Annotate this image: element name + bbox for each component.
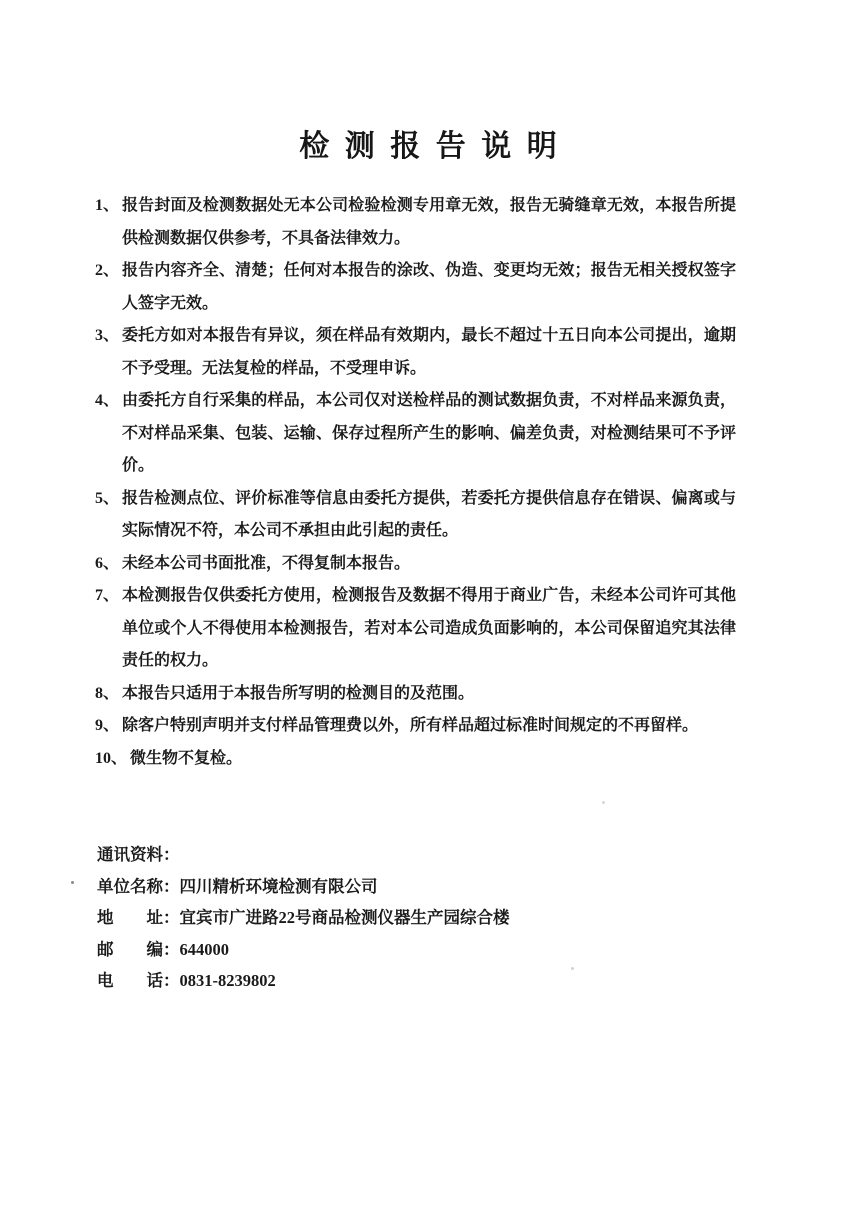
note-text: 未经本公司书面批准，不得复制本报告。 [122,548,736,581]
note-number: 10、 [95,743,130,776]
contact-row: 邮 编： 644000 [97,934,510,966]
contact-row-label: 单位名称： [97,871,180,903]
note-text: 除客户特别声明并支付样品管理费以外，所有样品超过标准时间规定的不再留样。 [122,710,736,743]
note-item: 8、 本报告只适用于本报告所写明的检测目的及范围。 [95,678,736,711]
notes-list: 1、 报告封面及检测数据处无本公司检验检测专用章无效，报告无骑缝章无效，本报告所… [95,190,736,775]
report-notes-page: 检 测 报 告 说 明 1、 报告封面及检测数据处无本公司检验检测专用章无效，报… [0,0,860,1217]
note-number: 9、 [95,710,122,743]
note-item: 5、 报告检测点位、评价标准等信息由委托方提供，若委托方提供信息存在错误、偏离或… [95,483,736,548]
note-item: 6、 未经本公司书面批准，不得复制本报告。 [95,548,736,581]
note-number: 2、 [95,255,122,288]
contact-row: 电 话： 0831-8239802 [97,965,510,997]
contact-row-label: 地 址： [97,902,180,934]
note-text: 委托方如对本报告有异议，须在样品有效期内，最长不超过十五日向本公司提出，逾期不予… [122,320,736,385]
contact-row-label: 电 话： [97,965,180,997]
note-text: 报告内容齐全、清楚；任何对本报告的涂改、伪造、变更均无效；报告无相关授权签字人签… [122,255,736,320]
scan-speck [571,967,574,970]
note-item: 9、 除客户特别声明并支付样品管理费以外，所有样品超过标准时间规定的不再留样。 [95,710,736,743]
contact-row-value: 宜宾市广进路22号商品检测仪器生产园综合楼 [180,902,510,934]
note-text: 报告封面及检测数据处无本公司检验检测专用章无效，报告无骑缝章无效，本报告所提供检… [122,190,736,255]
note-number: 5、 [95,483,122,516]
note-text: 微生物不复检。 [130,743,736,776]
scan-speck [602,801,605,804]
note-item: 10、 微生物不复检。 [95,743,736,776]
contact-rows: 单位名称： 四川精析环境检测有限公司 地 址： 宜宾市广进路22号商品检测仪器生… [97,871,510,997]
note-number: 7、 [95,580,122,613]
note-item: 4、 由委托方自行采集的样品，本公司仅对送检样品的测试数据负责，不对样品来源负责… [95,385,736,483]
note-item: 3、 委托方如对本报告有异议，须在样品有效期内，最长不超过十五日向本公司提出，逾… [95,320,736,385]
contact-section: 通讯资料： 单位名称： 四川精析环境检测有限公司 地 址： 宜宾市广进路22号商… [97,839,510,997]
scan-speck [71,881,74,884]
contact-row-label: 邮 编： [97,934,180,966]
contact-row-value: 四川精析环境检测有限公司 [180,871,378,903]
note-text: 本报告只适用于本报告所写明的检测目的及范围。 [122,678,736,711]
note-text: 本检测报告仅供委托方使用，检测报告及数据不得用于商业广告，未经本公司许可其他单位… [122,580,736,678]
contact-row-value: 0831-8239802 [180,965,276,997]
contact-heading: 通讯资料： [97,839,510,871]
contact-row: 地 址： 宜宾市广进路22号商品检测仪器生产园综合楼 [97,902,510,934]
note-number: 6、 [95,548,122,581]
note-number: 1、 [95,190,122,223]
note-item: 2、 报告内容齐全、清楚；任何对本报告的涂改、伪造、变更均无效；报告无相关授权签… [95,255,736,320]
note-number: 3、 [95,320,122,353]
page-title: 检 测 报 告 说 明 [0,130,860,164]
contact-row-value: 644000 [180,934,230,966]
note-item: 1、 报告封面及检测数据处无本公司检验检测专用章无效，报告无骑缝章无效，本报告所… [95,190,736,255]
note-item: 7、 本检测报告仅供委托方使用，检测报告及数据不得用于商业广告，未经本公司许可其… [95,580,736,678]
note-number: 4、 [95,385,122,418]
contact-row: 单位名称： 四川精析环境检测有限公司 [97,871,510,903]
note-text: 报告检测点位、评价标准等信息由委托方提供，若委托方提供信息存在错误、偏离或与实际… [122,483,736,548]
note-text: 由委托方自行采集的样品，本公司仅对送检样品的测试数据负责，不对样品来源负责，不对… [122,385,736,483]
note-number: 8、 [95,678,122,711]
